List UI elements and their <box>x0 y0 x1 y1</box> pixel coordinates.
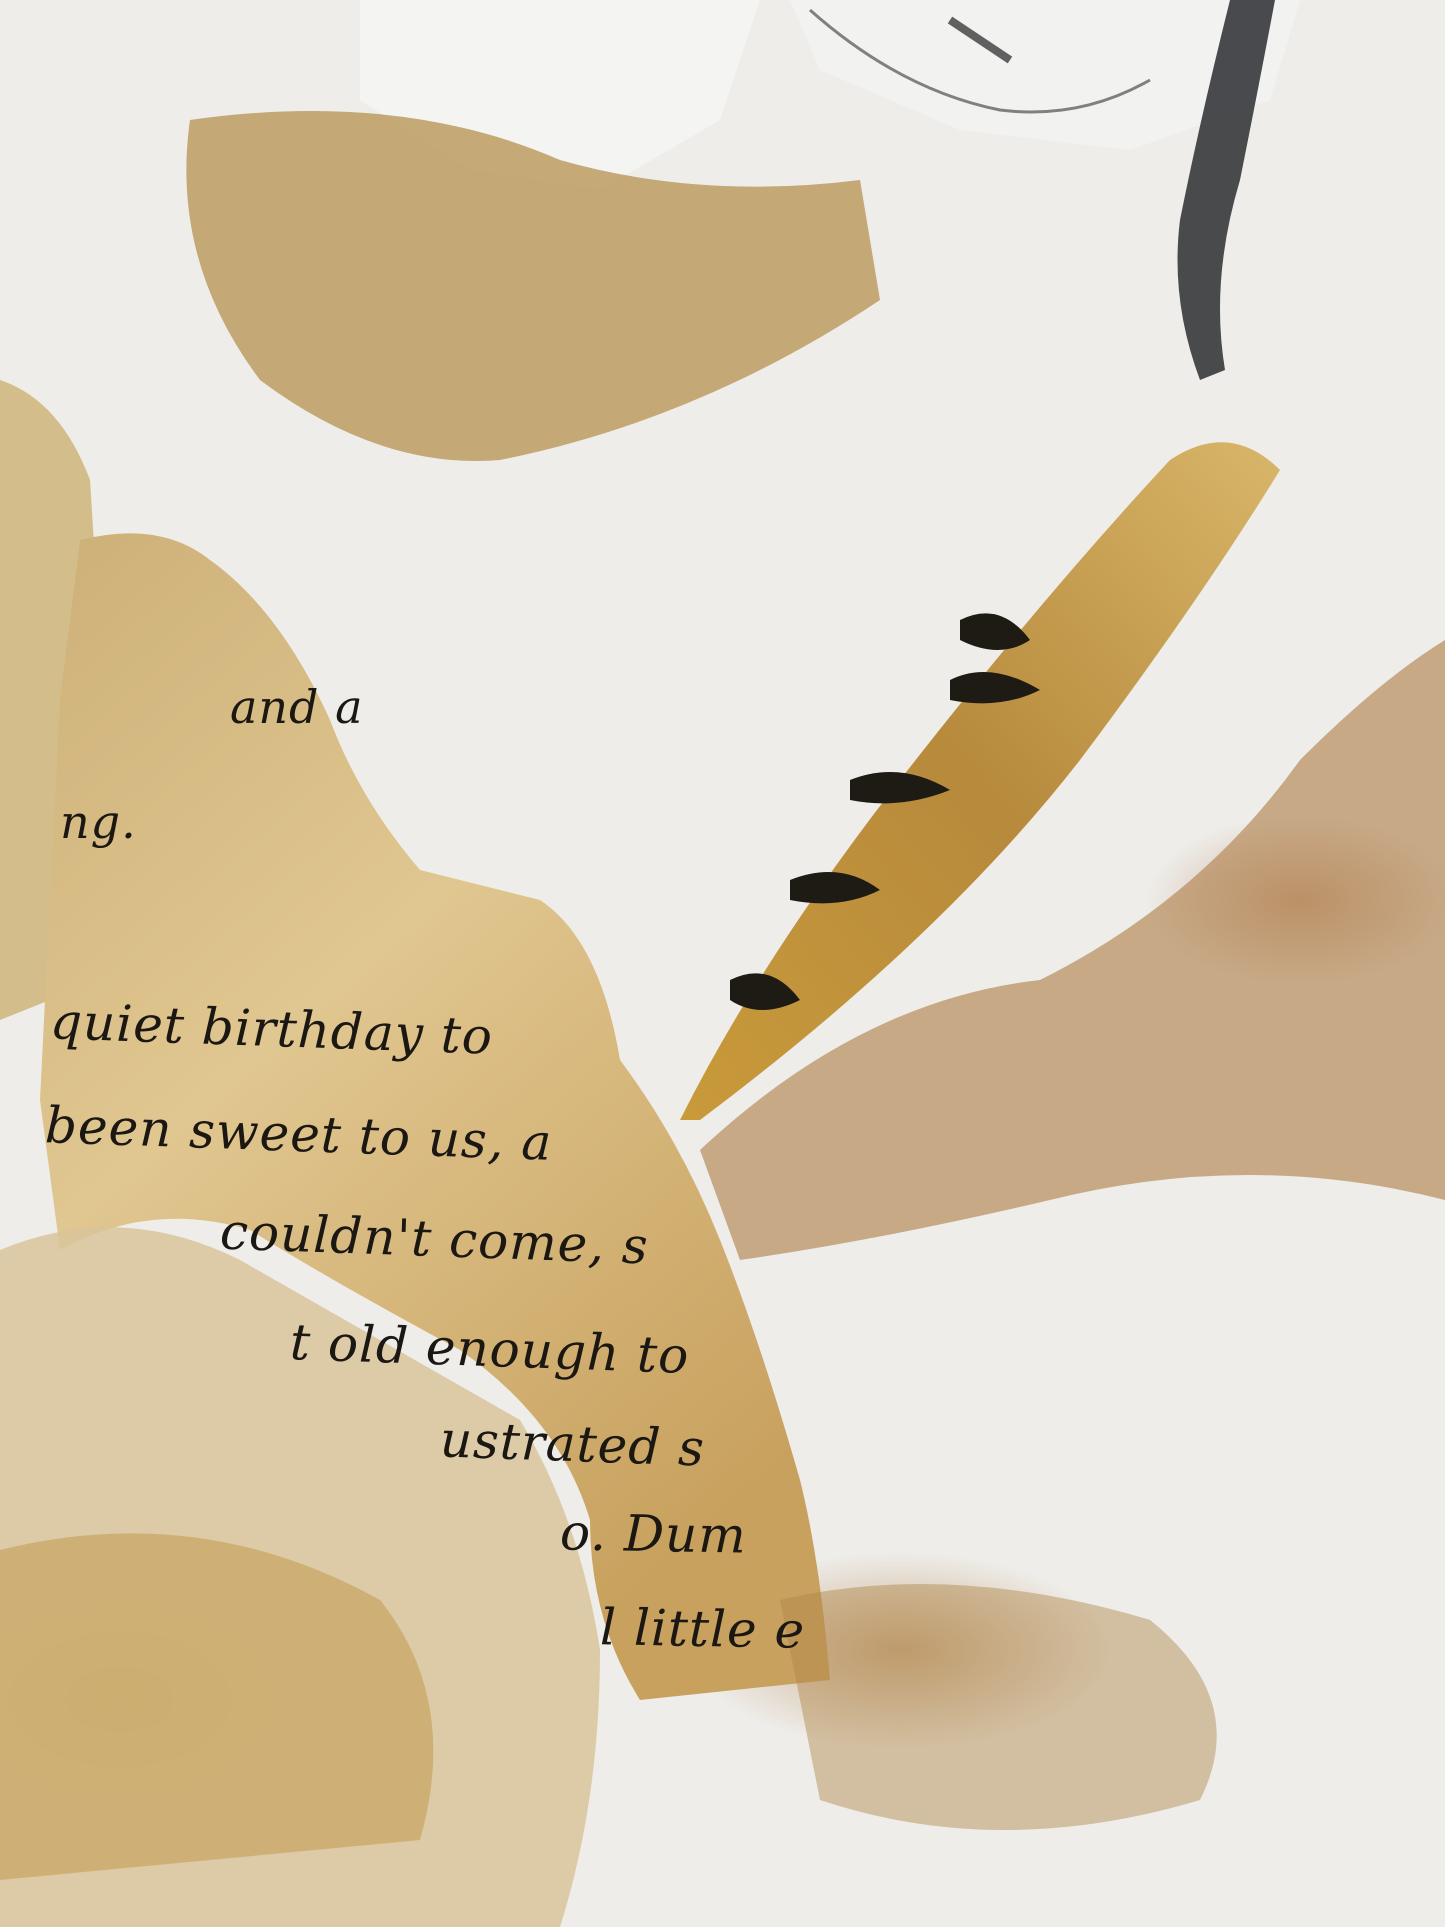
letter-line: ng. <box>60 795 137 849</box>
letter-line: and a <box>230 680 364 734</box>
letter-line: l little e <box>600 1598 806 1660</box>
gold-wash-top <box>186 111 880 461</box>
letter-line: o. Dum <box>560 1503 748 1564</box>
letter-line: ustrated s <box>439 1410 706 1477</box>
collage-photo: and a ng. quiet birthday to been sweet t… <box>0 0 1445 1927</box>
